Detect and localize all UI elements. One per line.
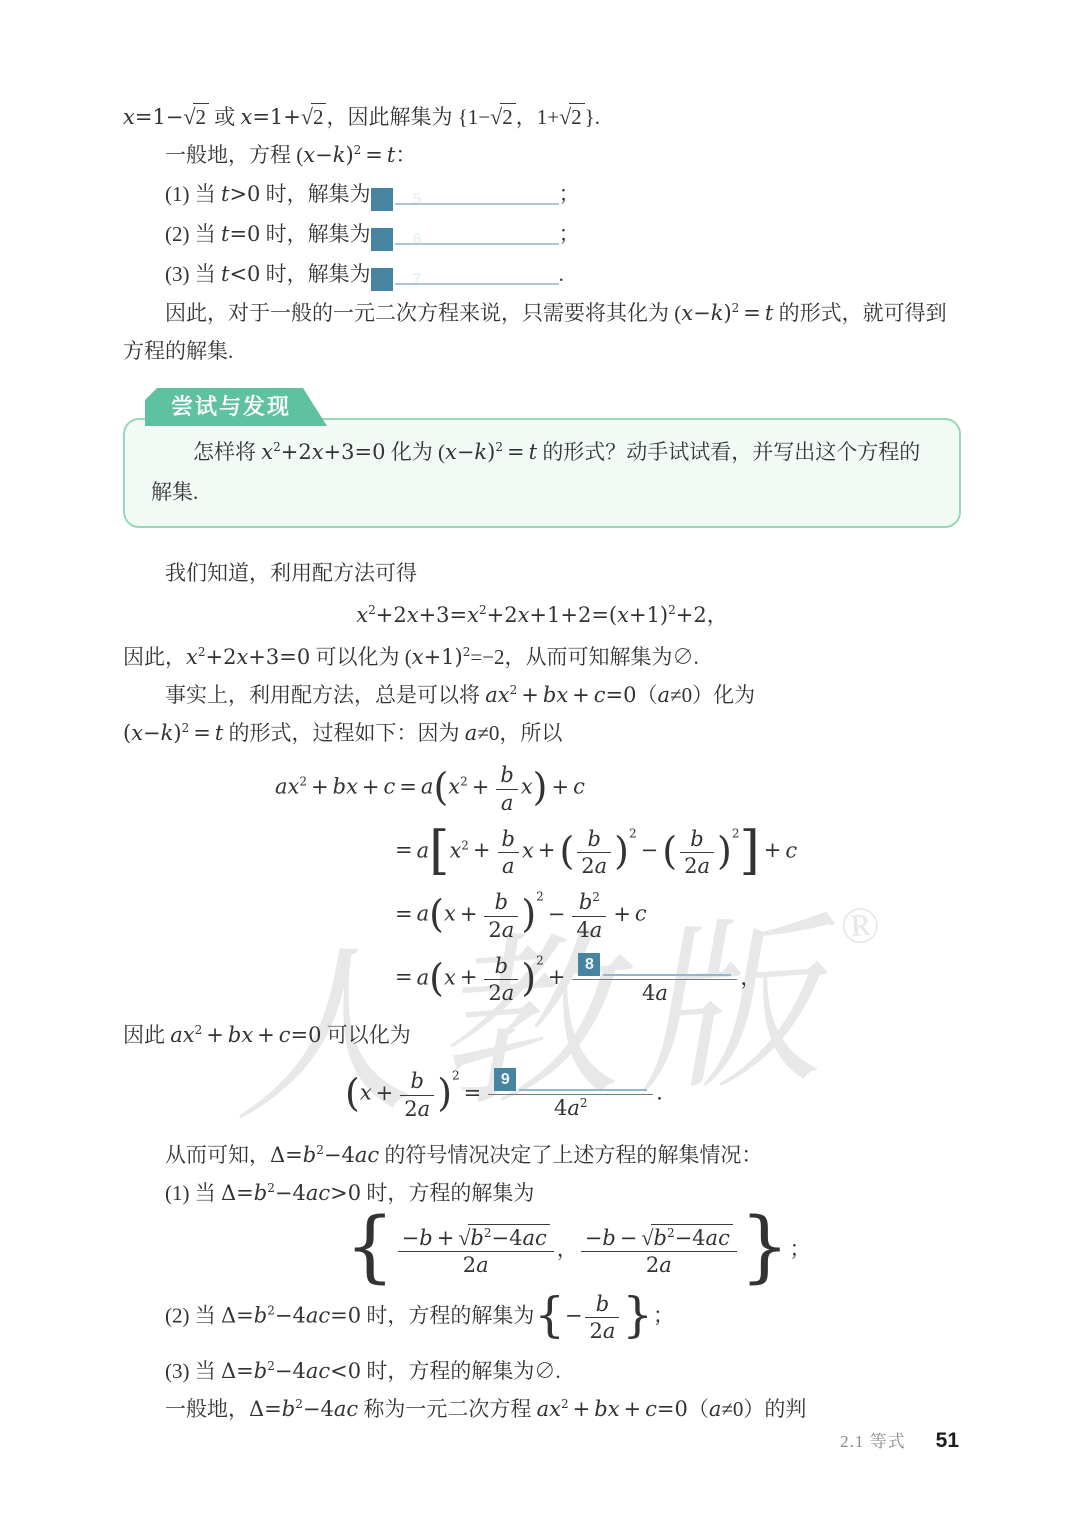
math-var: x: [312, 440, 324, 464]
sqrt: √2: [183, 105, 209, 129]
math-num: −4: [275, 1359, 306, 1383]
superscript-2: 2: [732, 301, 740, 315]
big-paren: (: [559, 829, 574, 873]
math-num: −4: [275, 1303, 306, 1327]
math-num: 2: [488, 918, 501, 942]
math-var: a: [595, 854, 608, 878]
superscript-2: 2: [316, 1143, 324, 1157]
superscript-2: 2: [182, 721, 190, 735]
blank-underline: [603, 964, 731, 976]
math-var: a: [502, 854, 515, 878]
math-op: =: [193, 721, 211, 745]
sqrt: √2: [559, 105, 585, 129]
cjk-text: 时，方程的解集为∅.: [361, 1359, 561, 1383]
math-op: Δ=: [221, 1181, 254, 1205]
page-content: x=1−√2 或 x=1+√2，因此解集为 {1−√2，1+√2}. 一般地，方…: [123, 98, 961, 1428]
math-op: Δ=: [221, 1303, 254, 1327]
math-var: ac: [522, 1226, 546, 1250]
equation-completing-square: x2+2x+3=x2+2x+1+2=(x+1)2+2，: [123, 602, 961, 628]
math-var: b: [690, 827, 703, 851]
cjk-text: 时，解集为: [260, 262, 370, 286]
fill-blank-9-fraction: 94a2: [488, 1068, 653, 1121]
big-paren: (: [429, 892, 444, 936]
superscript-2: 2: [368, 603, 376, 617]
item-case-t-positive: (1) 当 t>0 时，解集为5；: [123, 174, 961, 214]
blank-number-badge: 7: [371, 268, 393, 291]
big-brace: {: [534, 1287, 565, 1343]
math-num: 2: [581, 854, 594, 878]
math-var: x: [236, 645, 248, 669]
math-op: +: [472, 775, 490, 799]
equals-sign: =: [399, 775, 417, 799]
math-op: −: [143, 721, 161, 745]
math-op: +: [460, 902, 478, 926]
math-var: x: [407, 603, 419, 627]
math-var: k: [333, 143, 346, 167]
solution-fraction-plus: −b+√b2−4ac2a: [398, 1224, 554, 1279]
math-var: x: [412, 645, 424, 669]
radicand: 2: [500, 103, 516, 128]
cjk-text: }.: [585, 105, 600, 129]
cjk-text: ，因此解集为 {1−: [326, 105, 490, 129]
item-case-t-zero: (2) 当 t=0 时，解集为6；: [123, 214, 961, 254]
math-op: <0: [229, 262, 260, 286]
math-op: −: [620, 1226, 638, 1250]
math-var: a: [658, 683, 671, 707]
fill-blank-5: 5: [371, 182, 559, 206]
cjk-text: ，: [740, 965, 761, 989]
math-op: =: [507, 440, 525, 464]
math-var: c: [573, 775, 585, 799]
math-var: x: [449, 838, 461, 862]
superscript-2: 2: [536, 953, 544, 967]
math-op: =: [743, 301, 761, 325]
math-var: k: [161, 721, 174, 745]
para-therefore: 因此 ax2+bx+c=0 可以化为: [123, 1016, 961, 1054]
math-var: x: [360, 1081, 372, 1105]
math-var: x: [186, 645, 198, 669]
math-var: b: [282, 1397, 295, 1421]
math-var: x: [467, 603, 479, 627]
superscript-2: 2: [592, 890, 600, 904]
math-var: x: [303, 143, 315, 167]
solution-set-display: {−b+√b2−4ac2a，−b−√b2−4ac2a}；: [345, 1224, 961, 1279]
math-var: a: [417, 965, 430, 989]
cjk-text: ，1+: [516, 105, 559, 129]
math-op: −: [565, 1303, 583, 1327]
math-num: 4: [576, 918, 589, 942]
panel-question: 怎样将 x2+2x+3=0 化为 (x−k)2=t 的形式？动手试试看，并写出这…: [151, 432, 933, 512]
math-num: =1−: [135, 105, 184, 129]
item-delta-positive: (1) 当 Δ=b2−4ac>0 时，方程的解集为: [123, 1174, 961, 1212]
cjk-text: .: [559, 262, 564, 286]
cjk-text: ：: [395, 143, 416, 167]
math-op: =0: [229, 222, 260, 246]
blank-underline: [519, 1079, 647, 1091]
para-conclusion: 因此，对于一般的一元二次方程来说，只需要将其化为 (x−k)2=t 的形式，就可…: [123, 294, 961, 370]
math-var: x: [608, 1397, 620, 1421]
try-discover-panel: 怎样将 x2+2x+3=0 化为 (x−k)2=t 的形式？动手试试看，并写出这…: [123, 418, 961, 528]
math-op: −: [693, 301, 711, 325]
para-shishishang: 事实上，利用配方法，总是可以将 ax2+bx+c=0（a≠0）化为: [123, 676, 961, 714]
math-var: a: [655, 981, 668, 1005]
fraction-b-over-a: ba: [496, 762, 517, 816]
math-var: x: [356, 603, 368, 627]
fraction-b-over-2a: b2a: [484, 953, 518, 1007]
cjk-text: 称为一元二次方程: [358, 1397, 537, 1421]
equation-final-form: (x+b2a)2=94a2．: [345, 1068, 961, 1122]
para-delta-intro: 从而可知，Δ=b2−4ac 的符号情况决定了上述方程的解集情况：: [123, 1136, 961, 1174]
math-var: x: [261, 440, 273, 464]
math-var: ac: [306, 1303, 330, 1327]
math-op: +: [362, 775, 380, 799]
superscript-2: 2: [668, 603, 676, 617]
math-var: b: [594, 1397, 607, 1421]
cjk-text: (2) 当: [165, 1303, 221, 1327]
cjk-text: ；: [559, 182, 580, 206]
big-paren: ): [533, 765, 548, 809]
math-num: 2: [404, 1097, 417, 1121]
math-var: b: [602, 1226, 615, 1250]
cjk-text: ．: [656, 1081, 677, 1105]
math-var: x: [123, 105, 135, 129]
math-var: a: [590, 918, 603, 942]
blank-underline: [395, 191, 559, 205]
superscript-2: 2: [267, 1303, 275, 1317]
math-num: +2: [205, 645, 236, 669]
math-var: x: [521, 775, 533, 799]
equals-sign: =: [395, 838, 413, 862]
cjk-text: 因此: [123, 1023, 170, 1047]
big-bracket: [: [429, 821, 449, 881]
math-op: −: [402, 1226, 420, 1250]
math-op: −: [457, 440, 475, 464]
math-var: ac: [306, 1359, 330, 1383]
math-var: b: [500, 763, 513, 787]
math-var: c: [384, 775, 396, 799]
math-op: Δ=: [249, 1397, 282, 1421]
big-paren: (: [345, 1071, 360, 1115]
math-var: x: [131, 721, 143, 745]
math-op: +: [206, 1023, 224, 1047]
math-var: c: [785, 838, 797, 862]
math-num: −4: [275, 1181, 306, 1205]
math-var: a: [567, 1096, 580, 1120]
math-op: ): [723, 301, 731, 325]
math-var: b: [254, 1181, 267, 1205]
cjk-text: 时，解集为: [260, 222, 370, 246]
cjk-text: =−2，从而可知解集为∅.: [470, 645, 698, 669]
textbook-page: 人教版® x=1−√2 或 x=1+√2，因此解集为 {1−√2，1+√2}. …: [0, 0, 1080, 1526]
math-op: +: [460, 965, 478, 989]
sqrt: √2: [490, 105, 516, 129]
math-var: a: [465, 721, 478, 745]
math-var: ac: [334, 1397, 358, 1421]
math-var: c: [645, 1397, 657, 1421]
math-var: t: [529, 440, 537, 464]
math-num: 2: [463, 1253, 476, 1277]
math-var: a: [502, 981, 515, 1005]
math-num: −4: [491, 1226, 522, 1250]
math-num: 2: [684, 854, 697, 878]
superscript-2: 2: [667, 1226, 675, 1240]
math-var: b: [411, 1069, 424, 1093]
superscript-2: 2: [295, 1397, 303, 1411]
math-op: +: [257, 1023, 275, 1047]
math-num: −4: [675, 1226, 706, 1250]
math-op: −: [585, 1226, 603, 1250]
superscript-2: 2: [479, 603, 487, 617]
page-footer: 2.1 等式51: [840, 1427, 959, 1453]
superscript-2: 2: [460, 775, 468, 789]
math-var: a: [170, 1023, 183, 1047]
equals-sign: =: [464, 1081, 482, 1105]
para-guocheng: (x−k)2=t 的形式，过程如下：因为 a≠0，所以: [123, 714, 961, 752]
math-num: 4: [554, 1096, 567, 1120]
math-num: +3=0: [248, 645, 310, 669]
math-var: a: [659, 1253, 672, 1277]
superscript-2: 2: [510, 683, 518, 697]
footer-section-title: 2.1 等式: [840, 1427, 906, 1452]
math-op: −: [315, 143, 333, 167]
math-var: b: [254, 1359, 267, 1383]
superscript-2: 2: [267, 1359, 275, 1373]
superscript-2: 2: [299, 775, 307, 789]
blank-number-badge: 9: [494, 1068, 516, 1091]
math-var: k: [474, 440, 487, 464]
big-paren: (: [433, 765, 448, 809]
fraction-b-over-2a: b2a: [585, 1291, 619, 1345]
sqrt: √2: [301, 105, 327, 129]
semicolon: ；: [789, 1237, 810, 1261]
cjk-text: ≠0）化为: [670, 683, 755, 707]
math-num: =1+: [252, 105, 301, 129]
radicand: 2: [193, 103, 209, 128]
math-op: +: [573, 1397, 591, 1421]
big-paren: ): [521, 892, 536, 936]
math-op: +: [538, 838, 556, 862]
math-var: x: [445, 440, 457, 464]
math-var: a: [417, 902, 430, 926]
math-op: Δ=: [270, 1143, 303, 1167]
math-var: x: [498, 683, 510, 707]
math-var: b: [254, 1303, 267, 1327]
math-op: +: [764, 838, 782, 862]
math-var: c: [279, 1023, 291, 1047]
math-op: Δ=: [221, 1359, 254, 1383]
math-op: ): [345, 143, 353, 167]
callout-tab-label: 尝试与发现: [145, 388, 327, 426]
equals-sign: =: [395, 902, 413, 926]
fill-blank-6: 6: [371, 222, 559, 246]
math-var: ac: [306, 1181, 330, 1205]
superscript-2: 2: [580, 1096, 588, 1110]
math-var: c: [635, 902, 647, 926]
math-var: b: [543, 683, 556, 707]
math-op: +: [613, 902, 631, 926]
cjk-text: 一般地，: [165, 1397, 249, 1421]
math-var: b: [653, 1226, 666, 1250]
para-discriminant-def: 一般地，Δ=b2−4ac 称为一元二次方程 ax2+bx+c=0（a≠0）的判: [123, 1390, 961, 1428]
cjk-text: 的符号情况决定了上述方程的解集情况：: [379, 1143, 762, 1167]
math-var: a: [603, 1319, 616, 1343]
math-op: +: [437, 1226, 455, 1250]
cjk-text: 的形式，过程如下：因为: [223, 721, 465, 745]
superscript-2: 2: [273, 440, 281, 454]
cjk-text: ≠0）的判: [721, 1397, 806, 1421]
cjk-text: 化为 (: [385, 440, 445, 464]
footer-page-number: 51: [936, 1429, 959, 1453]
para-solution-set: x=1−√2 或 x=1+√2，因此解集为 {1−√2，1+√2}.: [123, 98, 961, 136]
radicand: 2: [569, 103, 585, 128]
math-var: c: [594, 683, 606, 707]
math-op: +: [473, 838, 491, 862]
equals-sign: =: [395, 965, 413, 989]
math-num: +2: [487, 603, 518, 627]
math-var: b: [495, 890, 508, 914]
math-var: a: [537, 1397, 550, 1421]
semicolon: ；: [653, 1303, 674, 1327]
cjk-text: 或: [209, 105, 241, 129]
math-var: b: [303, 1143, 316, 1167]
math-num: =0: [291, 1023, 322, 1047]
cjk-text: （: [688, 1397, 709, 1421]
math-op: +: [311, 775, 329, 799]
math-num: 2: [488, 981, 501, 1005]
math-num: =0: [606, 683, 637, 707]
fraction-b-over-2a: b2a: [577, 826, 611, 880]
math-var: b: [579, 890, 592, 914]
math-var: x: [617, 603, 629, 627]
math-num: +2: [376, 603, 407, 627]
big-brace: {: [345, 1202, 395, 1292]
fill-blank-8-fraction: 84a: [572, 953, 737, 1006]
math-var: a: [485, 683, 498, 707]
math-var: b: [333, 775, 346, 799]
radicand: 2: [311, 103, 327, 128]
derivation-line-3: =a(x+b2a)2−b24a+c: [391, 889, 961, 943]
cjk-text: 一般地，方程 (: [165, 143, 303, 167]
fraction-b2-over-4a: b24a: [572, 889, 606, 943]
big-brace: }: [622, 1287, 653, 1343]
cjk-text: （: [637, 683, 658, 707]
fraction-b-over-2a: b2a: [680, 826, 714, 880]
math-num: +1+2=(: [529, 603, 617, 627]
math-num: −4: [324, 1143, 355, 1167]
big-paren: ): [717, 829, 732, 873]
derivation-line-1: ax2+bx+c=a(x2+bax)+c: [275, 762, 961, 816]
math-op: >0: [229, 182, 260, 206]
math-op: =0: [330, 1303, 361, 1327]
superscript-2: 2: [629, 826, 637, 840]
superscript-2: 2: [536, 890, 544, 904]
math-var: x: [681, 301, 693, 325]
math-var: ac: [355, 1143, 379, 1167]
fraction-b-over-2a: b2a: [400, 1068, 434, 1122]
cjk-text: 可以化为 (: [310, 645, 412, 669]
math-op: +: [376, 1081, 394, 1105]
math-op: +: [551, 775, 569, 799]
math-var: k: [711, 301, 724, 325]
math-var: x: [241, 1023, 253, 1047]
cjk-text: (1) 当: [165, 1181, 221, 1205]
cjk-text: 从而可知，: [165, 1143, 270, 1167]
cjk-text: (2) 当: [165, 222, 221, 246]
big-paren: (: [429, 956, 444, 1000]
math-var: x: [448, 775, 460, 799]
sqrt: √b2−4ac: [458, 1226, 549, 1250]
derivation-line-4: =a(x+b2a)2+84a，: [391, 953, 961, 1007]
math-op: =: [365, 143, 383, 167]
math-var: x: [522, 838, 534, 862]
math-op: +: [548, 965, 566, 989]
math-var: a: [417, 838, 430, 862]
math-var: x: [549, 1397, 561, 1421]
superscript-2: 2: [354, 143, 362, 157]
math-op: ): [173, 721, 181, 745]
para-empty-set: 因此，x2+2x+3=0 可以化为 (x+1)2=−2，从而可知解集为∅.: [123, 638, 961, 676]
sqrt: √b2−4ac: [641, 1226, 732, 1250]
math-var: x: [183, 1023, 195, 1047]
math-var: b: [470, 1226, 483, 1250]
math-num: +1): [424, 645, 463, 669]
math-var: a: [476, 1253, 489, 1277]
cjk-text: (3) 当: [165, 262, 221, 286]
math-var: x: [556, 683, 568, 707]
math-var: a: [421, 775, 434, 799]
comma: ，: [557, 1237, 578, 1261]
math-op: +: [624, 1397, 642, 1421]
math-num: −4: [303, 1397, 334, 1421]
cjk-text: 事实上，利用配方法，总是可以将: [165, 683, 485, 707]
math-var: b: [502, 827, 515, 851]
math-num: +2，: [676, 603, 728, 627]
blank-underline: [395, 271, 559, 285]
math-num: +3=0: [324, 440, 386, 464]
big-paren: ): [614, 829, 629, 873]
cjk-text: ≠0，所以: [477, 721, 562, 745]
math-op: <0: [330, 1359, 361, 1383]
blank-number-badge: 6: [371, 228, 393, 251]
math-var: x: [444, 902, 456, 926]
item-case-t-negative: (3) 当 t<0 时，解集为7.: [123, 254, 961, 294]
math-op: −: [548, 902, 566, 926]
cjk-text: (1) 当: [165, 182, 221, 206]
math-op: (: [123, 721, 131, 745]
superscript-2: 2: [495, 440, 503, 454]
math-var: a: [501, 791, 514, 815]
math-var: x: [288, 775, 300, 799]
superscript-2: 2: [267, 1181, 275, 1195]
math-var: a: [709, 1397, 722, 1421]
blank-number-badge: 8: [578, 953, 600, 976]
math-var: b: [419, 1226, 432, 1250]
math-var: b: [228, 1023, 241, 1047]
math-num: +2: [281, 440, 312, 464]
big-paren: ): [437, 1071, 452, 1115]
item-delta-negative: (3) 当 Δ=b2−4ac<0 时，方程的解集为∅.: [123, 1352, 961, 1390]
math-var: x: [518, 603, 530, 627]
radicand: b2−4ac: [651, 1224, 732, 1249]
cjk-text: 时，方程的解集为: [361, 1303, 534, 1327]
math-var: a: [275, 775, 288, 799]
math-num: +1): [629, 603, 668, 627]
fill-blank-7: 7: [371, 262, 559, 286]
math-num: 2: [646, 1253, 659, 1277]
item-delta-zero: (2) 当 Δ=b2−4ac=0 时，方程的解集为{−b2a}；: [123, 1291, 961, 1345]
big-bracket: ]: [739, 821, 759, 881]
superscript-2: 2: [561, 1397, 569, 1411]
